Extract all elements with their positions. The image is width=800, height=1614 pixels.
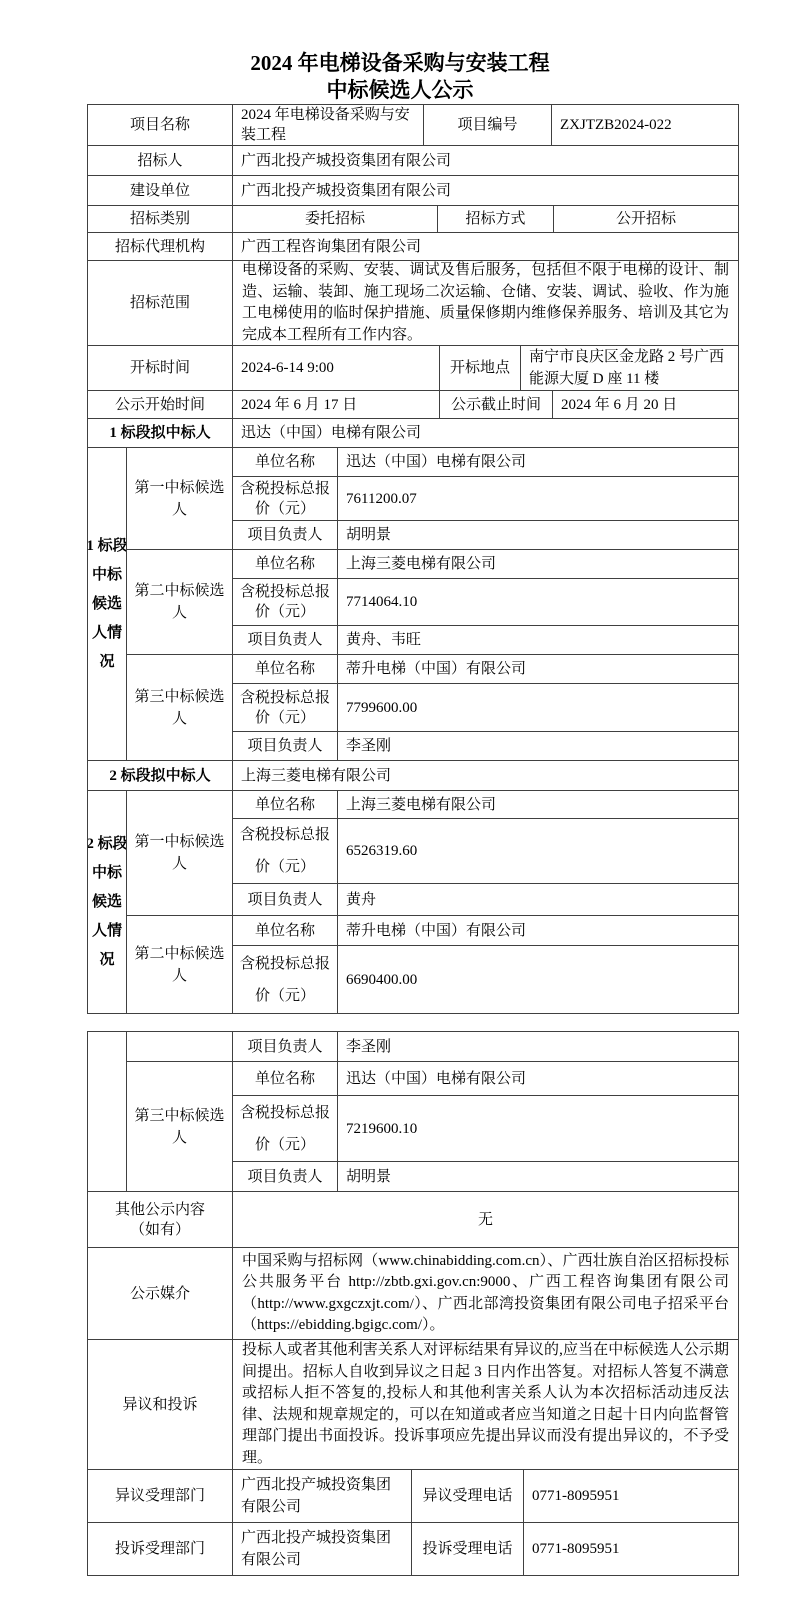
- candidate-company-row: 单位名称 蒂升电梯（中国）有限公司: [233, 655, 739, 684]
- manager-value: 黄舟、韦旺: [338, 626, 739, 655]
- agency-value: 广西工程咨询集团有限公司: [233, 233, 739, 261]
- candidate-manager-row: 项目负责人 黄舟: [233, 884, 739, 916]
- company-value: 蒂升电梯（中国）有限公司: [338, 916, 739, 946]
- candidate-company-row: 单位名称 上海三菱电梯有限公司: [233, 791, 739, 819]
- section1-winner-label: 1 标段拟中标人: [88, 419, 233, 448]
- manager-label: 项目负责人: [233, 884, 338, 916]
- price-value: 6690400.00: [338, 946, 739, 1014]
- scope-label: 招标范围: [88, 261, 233, 346]
- candidate-manager-row-continued: 项目负责人 李圣刚: [127, 1032, 739, 1062]
- candidate-manager-row: 项目负责人 胡明景: [233, 1162, 739, 1192]
- candidate-manager-row: 项目负责人 黄舟、韦旺: [233, 626, 739, 655]
- company-label: 单位名称: [233, 655, 338, 684]
- tenderer-label: 招标人: [88, 146, 233, 176]
- company-value: 上海三菱电梯有限公司: [338, 791, 739, 819]
- announcement-table-wrap: 项目名称 2024 年电梯设备采购与安装工程 项目编号 ZXJTZB2024-0…: [87, 104, 739, 1576]
- manager-label: 项目负责人: [233, 732, 338, 761]
- manager-label: 项目负责人: [233, 1162, 338, 1192]
- row-media: 公示媒介 中国采购与招标网（www.chinabidding.com.cn）、广…: [88, 1248, 739, 1340]
- section2-group-line: 人情: [92, 917, 122, 946]
- candidate-price-row: 含税投标总报价（元） 6526319.60: [233, 819, 739, 884]
- row-section2-winner: 2 标段拟中标人 上海三菱电梯有限公司: [88, 761, 739, 791]
- row-other-content: 其他公示内容 （如有） 无: [88, 1192, 739, 1248]
- section2-winner-value: 上海三菱电梯有限公司: [233, 761, 739, 791]
- section2-group-label-continued: [88, 1032, 127, 1192]
- manager-value: 胡明景: [338, 521, 739, 550]
- candidate-manager-row: 项目负责人 胡明景: [233, 521, 739, 550]
- section1-candidates: 1 标段 中标 候选 人情 况 第一中标候选人 单位名称 迅达（中国）电梯有限公…: [88, 448, 739, 761]
- agency-label: 招标代理机构: [88, 233, 233, 261]
- candidate-manager-row: 项目负责人 李圣刚: [233, 732, 739, 761]
- company-value: 迅达（中国）电梯有限公司: [338, 448, 739, 477]
- publicity-start-label: 公示开始时间: [88, 391, 233, 419]
- objection-phone-value: 0771-8095951: [524, 1470, 739, 1523]
- section2-candidates-page1: 2 标段 中标 候选 人情 况 第一中标候选人 单位名称 上海三菱电梯有限公司 …: [88, 791, 739, 1014]
- manager-value: 李圣刚: [338, 1032, 739, 1062]
- company-label: 单位名称: [233, 791, 338, 819]
- other-content-value: 无: [233, 1192, 739, 1248]
- row-owner: 建设单位 广西北投产城投资集团有限公司: [88, 176, 739, 206]
- project-code-value: ZXJTZB2024-022: [552, 105, 739, 146]
- category-label: 招标类别: [88, 206, 233, 233]
- company-label: 单位名称: [233, 448, 338, 477]
- candidate-rank: 第一中标候选人: [127, 791, 233, 916]
- price-value: 7219600.10: [338, 1096, 739, 1162]
- doc-title-line1: 2024 年电梯设备采购与安装工程: [0, 50, 800, 77]
- category-value: 委托招标: [233, 206, 438, 233]
- row-publicity-period: 公示开始时间 2024 年 6 月 17 日 公示截止时间 2024 年 6 月…: [88, 391, 739, 419]
- publicity-end-value: 2024 年 6 月 20 日: [553, 391, 739, 419]
- candidate-group-1: 第一中标候选人 单位名称 上海三菱电梯有限公司 含税投标总报价（元） 65263…: [127, 791, 739, 916]
- document-page: { "colors":{"page_bg":"#ffffff","text":"…: [0, 0, 800, 1614]
- table-page2: 项目负责人 李圣刚 第三中标候选人 单位名称 迅达（中国）电梯有限公司 含税投标…: [87, 1031, 739, 1576]
- project-code-label: 项目编号: [424, 105, 552, 146]
- price-label: 含税投标总报价（元）: [233, 684, 338, 732]
- section2-winner-label: 2 标段拟中标人: [88, 761, 233, 791]
- candidate-price-row: 含税投标总报价（元） 6690400.00: [233, 946, 739, 1014]
- candidate-group-3: 第三中标候选人 单位名称 迅达（中国）电梯有限公司 含税投标总报价（元） 721…: [127, 1062, 739, 1192]
- media-value: 中国采购与招标网（www.chinabidding.com.cn）、广西壮族自治…: [233, 1248, 739, 1340]
- candidate-price-row: 含税投标总报价（元） 7799600.00: [233, 684, 739, 732]
- candidate-company-row: 单位名称 迅达（中国）电梯有限公司: [233, 448, 739, 477]
- manager-value: 胡明景: [338, 1162, 739, 1192]
- row-agency: 招标代理机构 广西工程咨询集团有限公司: [88, 233, 739, 261]
- company-label: 单位名称: [233, 916, 338, 946]
- candidate-rank: 第二中标候选人: [127, 550, 233, 655]
- bid-open-place-value: 南宁市良庆区金龙路 2 号广西能源大厦 D 座 11 楼: [521, 346, 739, 391]
- company-value: 上海三菱电梯有限公司: [338, 550, 739, 579]
- section2-group-line: 中标: [92, 859, 122, 888]
- candidate-rank-empty: [127, 1032, 233, 1062]
- project-name-value: 2024 年电梯设备采购与安装工程: [233, 105, 424, 146]
- owner-label: 建设单位: [88, 176, 233, 206]
- tenderer-value: 广西北投产城投资集团有限公司: [233, 146, 739, 176]
- doc-title-line2: 中标候选人公示: [0, 77, 800, 104]
- manager-value: 李圣刚: [338, 732, 739, 761]
- company-label: 单位名称: [233, 550, 338, 579]
- table-page1: 项目名称 2024 年电梯设备采购与安装工程 项目编号 ZXJTZB2024-0…: [87, 104, 739, 1014]
- other-content-label-line2: （如有）: [130, 1220, 190, 1240]
- row-bid-opening: 开标时间 2024-6-14 9:00 开标地点 南宁市良庆区金龙路 2 号广西…: [88, 346, 739, 391]
- price-label: 含税投标总报价（元）: [233, 819, 338, 884]
- complaint-dept-label: 投诉受理部门: [88, 1523, 233, 1576]
- candidate-rank: 第二中标候选人: [127, 916, 233, 1014]
- section2-group-line: 况: [99, 946, 114, 975]
- price-value: 7799600.00: [338, 684, 739, 732]
- section2-group-label: 2 标段 中标 候选 人情 况: [88, 791, 127, 1014]
- bid-open-place-label: 开标地点: [440, 346, 521, 391]
- candidate-price-row: 含税投标总报价（元） 7714064.10: [233, 579, 739, 626]
- row-tenderer: 招标人 广西北投产城投资集团有限公司: [88, 146, 739, 176]
- candidate-rank: 第一中标候选人: [127, 448, 233, 550]
- complaint-dept-value: 广西北投产城投资集团有限公司: [233, 1523, 412, 1576]
- other-content-label-line1: 其他公示内容: [115, 1200, 205, 1220]
- candidate-group-2: 第二中标候选人 单位名称 上海三菱电梯有限公司 含税投标总报价（元） 77140…: [127, 550, 739, 655]
- section2-group-line: 2 标段: [88, 830, 127, 859]
- row-objection: 异议和投诉 投标人或者其他利害关系人对评标结果有异议的,应当在中标候选人公示期间…: [88, 1340, 739, 1470]
- manager-value: 黄舟: [338, 884, 739, 916]
- company-label: 单位名称: [233, 1062, 338, 1096]
- price-value: 7611200.07: [338, 477, 739, 521]
- page-break-gap: [87, 1014, 739, 1031]
- method-label: 招标方式: [438, 206, 554, 233]
- manager-label: 项目负责人: [233, 1032, 338, 1062]
- price-label: 含税投标总报价（元）: [233, 477, 338, 521]
- objection-label: 异议和投诉: [88, 1340, 233, 1470]
- row-project-name: 项目名称 2024 年电梯设备采购与安装工程 项目编号 ZXJTZB2024-0…: [88, 105, 739, 146]
- project-name-label: 项目名称: [88, 105, 233, 146]
- objection-phone-label: 异议受理电话: [412, 1470, 524, 1523]
- section1-group-line: 1 标段: [88, 532, 127, 561]
- company-value: 蒂升电梯（中国）有限公司: [338, 655, 739, 684]
- candidate-company-row: 单位名称 迅达（中国）电梯有限公司: [233, 1062, 739, 1096]
- complaint-phone-value: 0771-8095951: [524, 1523, 739, 1576]
- candidate-company-row: 单位名称 蒂升电梯（中国）有限公司: [233, 916, 739, 946]
- candidate-rank: 第三中标候选人: [127, 655, 233, 761]
- price-value: 7714064.10: [338, 579, 739, 626]
- doc-title: 2024 年电梯设备采购与安装工程 中标候选人公示: [0, 50, 800, 104]
- section1-group-label: 1 标段 中标 候选 人情 况: [88, 448, 127, 761]
- candidate-price-row: 含税投标总报价（元） 7219600.10: [233, 1096, 739, 1162]
- objection-dept-value: 广西北投产城投资集团有限公司: [233, 1470, 412, 1523]
- candidate-rank: 第三中标候选人: [127, 1062, 233, 1192]
- row-scope: 招标范围 电梯设备的采购、安装、调试及售后服务，包括但不限于电梯的设计、制造、运…: [88, 261, 739, 346]
- manager-label: 项目负责人: [233, 521, 338, 550]
- row-objection-dept: 异议受理部门 广西北投产城投资集团有限公司 异议受理电话 0771-809595…: [88, 1470, 739, 1523]
- price-label: 含税投标总报价（元）: [233, 1096, 338, 1162]
- manager-label: 项目负责人: [233, 626, 338, 655]
- media-label: 公示媒介: [88, 1248, 233, 1340]
- bid-open-time-value: 2024-6-14 9:00: [233, 346, 440, 391]
- candidate-group-2-partial: 第二中标候选人 单位名称 蒂升电梯（中国）有限公司 含税投标总报价（元） 669…: [127, 916, 739, 1014]
- company-value: 迅达（中国）电梯有限公司: [338, 1062, 739, 1096]
- method-value: 公开招标: [554, 206, 739, 233]
- section1-group-line: 候选: [92, 590, 122, 619]
- candidate-group-3: 第三中标候选人 单位名称 蒂升电梯（中国）有限公司 含税投标总报价（元） 779…: [127, 655, 739, 761]
- candidate-group-1: 第一中标候选人 单位名称 迅达（中国）电梯有限公司 含税投标总报价（元） 761…: [127, 448, 739, 550]
- section1-group-line: 中标: [92, 561, 122, 590]
- publicity-end-label: 公示截止时间: [440, 391, 553, 419]
- section1-winner-value: 迅达（中国）电梯有限公司: [233, 419, 739, 448]
- row-section1-winner: 1 标段拟中标人 迅达（中国）电梯有限公司: [88, 419, 739, 448]
- objection-value: 投标人或者其他利害关系人对评标结果有异议的,应当在中标候选人公示期间提出。招标人…: [233, 1340, 739, 1470]
- price-label: 含税投标总报价（元）: [233, 579, 338, 626]
- row-complaint-dept: 投诉受理部门 广西北投产城投资集团有限公司 投诉受理电话 0771-809595…: [88, 1523, 739, 1576]
- owner-value: 广西北投产城投资集团有限公司: [233, 176, 739, 206]
- candidate-company-row: 单位名称 上海三菱电梯有限公司: [233, 550, 739, 579]
- bid-open-time-label: 开标时间: [88, 346, 233, 391]
- row-category-method: 招标类别 委托招标 招标方式 公开招标: [88, 206, 739, 233]
- section1-group-line: 人情: [92, 619, 122, 648]
- section1-group-line: 况: [99, 648, 114, 677]
- candidate-price-row: 含税投标总报价（元） 7611200.07: [233, 477, 739, 521]
- publicity-start-value: 2024 年 6 月 17 日: [233, 391, 440, 419]
- other-content-label: 其他公示内容 （如有）: [88, 1192, 233, 1248]
- scope-value: 电梯设备的采购、安装、调试及售后服务，包括但不限于电梯的设计、制造、运输、装卸、…: [233, 261, 739, 346]
- price-value: 6526319.60: [338, 819, 739, 884]
- complaint-phone-label: 投诉受理电话: [412, 1523, 524, 1576]
- objection-dept-label: 异议受理部门: [88, 1470, 233, 1523]
- price-label: 含税投标总报价（元）: [233, 946, 338, 1014]
- section2-candidates-page2: 项目负责人 李圣刚 第三中标候选人 单位名称 迅达（中国）电梯有限公司 含税投标…: [88, 1032, 739, 1192]
- section2-group-line: 候选: [92, 888, 122, 917]
